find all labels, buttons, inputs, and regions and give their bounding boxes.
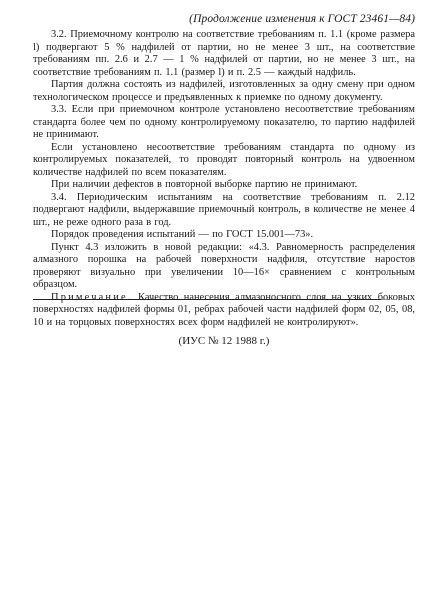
paragraph-batch-composition: Партия должна состоять из надфилей, изго… bbox=[33, 79, 415, 104]
paragraph-3-3: 3.3. Если при приемочном контроле устано… bbox=[33, 104, 415, 142]
paragraph-defects-rejection: При наличии дефектов в повторной выборке… bbox=[33, 179, 415, 192]
source-reference: (ИУС № 12 1988 г.) bbox=[33, 334, 415, 348]
page-header: (Продолжение изменения к ГОСТ 23461—84) bbox=[33, 12, 415, 26]
document-page: (Продолжение изменения к ГОСТ 23461—84) … bbox=[33, 12, 415, 348]
paragraph-3-4: 3.4. Периодическим испытаниям на соответ… bbox=[33, 192, 415, 230]
note-paragraph: Примечание. Качество нанесения алмазонос… bbox=[33, 292, 415, 330]
horizontal-divider bbox=[33, 299, 381, 300]
note-label: Примечание. bbox=[51, 292, 133, 303]
paragraph-3-2: 3.2. Приемочному контролю на соответстви… bbox=[33, 29, 415, 79]
paragraph-4-3: Пункт 4.3 изложить в новой редакции: «4.… bbox=[33, 242, 415, 292]
paragraph-test-procedure: Порядок проведения испытаний — по ГОСТ 1… bbox=[33, 229, 415, 242]
paragraph-repeat-control: Если установлено несоответствие требован… bbox=[33, 142, 415, 180]
